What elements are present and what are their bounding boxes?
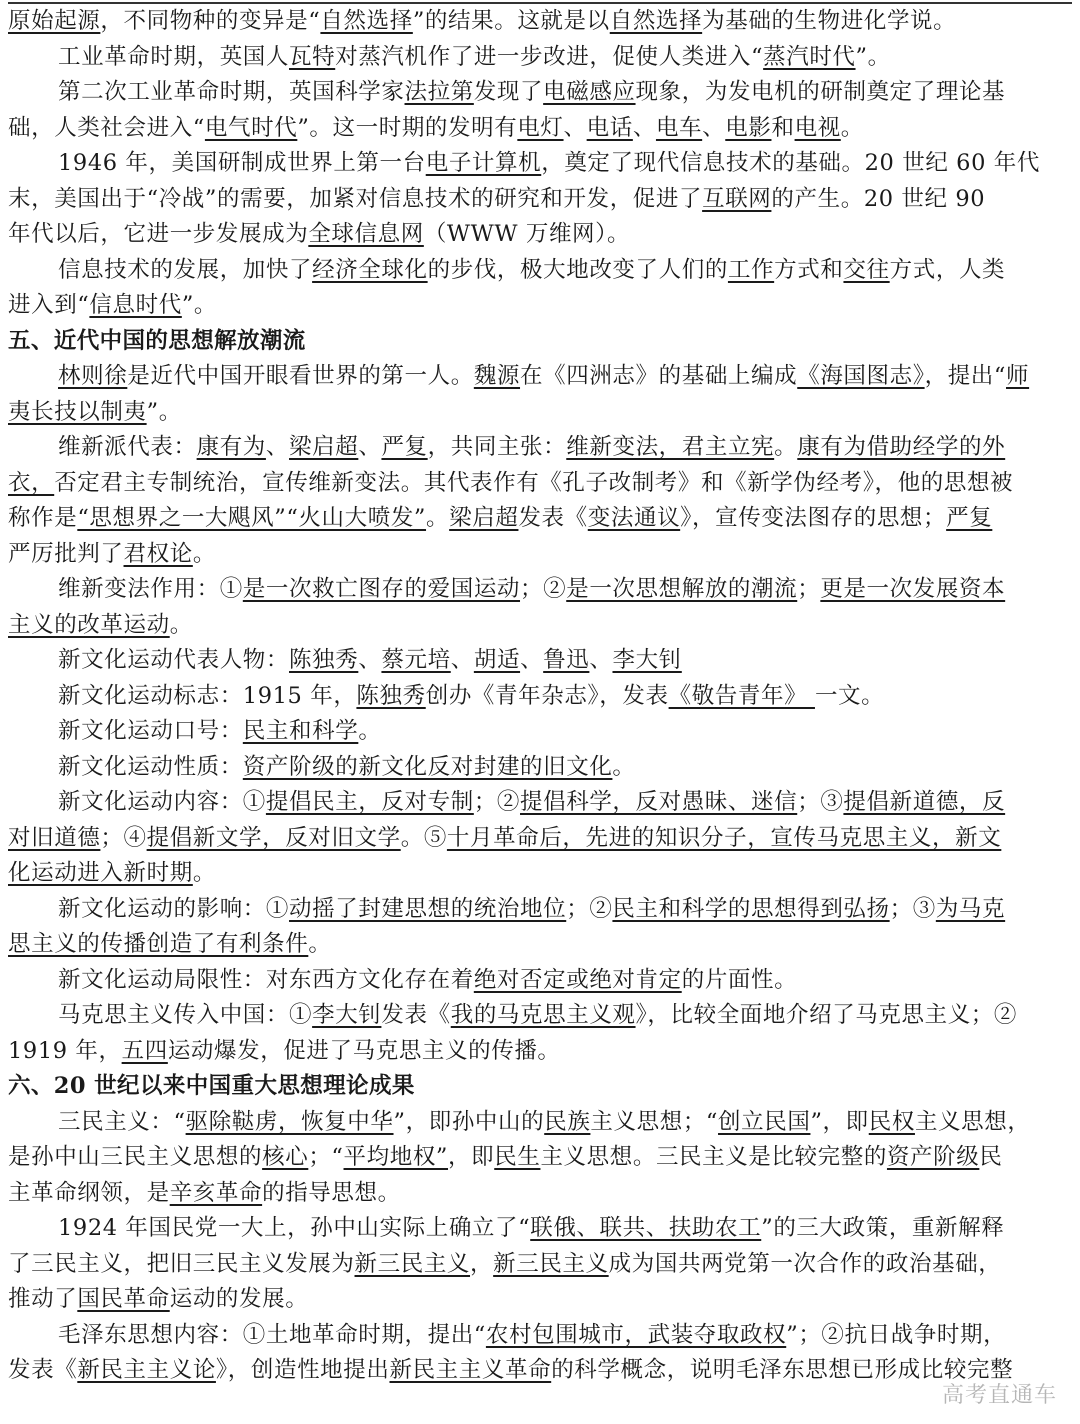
underlined-keyword: 梁启超: [289, 434, 358, 460]
underlined-keyword: 鲁迅: [543, 647, 589, 673]
text-line: 新文化运动的影响：①动摇了封建思想的统治地位；②民主和科学的思想得到弘扬；③为马…: [8, 892, 1060, 928]
underlined-keyword: 提倡民主，反对专制: [266, 789, 474, 815]
text-line: 础，人类社会进入“电气时代”。这一时期的发明有电灯、电话、电车、电影和电视。: [8, 111, 1060, 147]
text-segment: 第二次工业革命时期，英国科学家: [58, 79, 405, 105]
text-segment: ”。: [147, 399, 182, 425]
underlined-keyword: 君权论: [124, 541, 193, 567]
underlined-keyword: 电影: [725, 115, 771, 141]
text-segment: 、: [358, 647, 381, 673]
text-line: 原始起源，不同物种的变异是“自然选择”的结果。这就是以自然选择为基础的生物进化学…: [8, 4, 1060, 40]
text-segment: 。: [193, 860, 216, 886]
text-segment: 成为国共两党第一次合作的政治基础，: [609, 1251, 1002, 1277]
text-segment: （WWW 万维网）。: [424, 221, 630, 247]
text-segment: ，即: [448, 1144, 494, 1170]
text-line: 衣，否定君主专制统治，宣传维新变法。其代表作有《孔子改制考》和《新学伪经考》，他…: [8, 466, 1060, 502]
underlined-keyword: 电话: [587, 115, 633, 141]
text-segment: 运动的发展。: [170, 1286, 309, 1312]
section-heading: 五、近代中国的思想解放潮流: [8, 324, 1060, 360]
text-segment: 。⑤: [401, 825, 447, 851]
underlined-keyword: 新三民主义: [493, 1251, 609, 1277]
text-segment: 1919 年，: [8, 1038, 122, 1064]
underlined-keyword: 工作: [728, 257, 774, 283]
underlined-keyword: 驱除鞑虏，恢复中华: [186, 1109, 394, 1135]
underlined-keyword: 康有为借助经学的外: [797, 434, 1005, 460]
underlined-keyword: 绝对否定或绝对肯定: [474, 967, 682, 993]
text-segment: 发表《: [8, 1357, 77, 1383]
text-segment: 对蒸汽机作了进一步改进，促使人类进入“: [335, 44, 763, 70]
text-segment: 、: [358, 434, 381, 460]
text-segment: 运动爆发，促进了马克思主义的传播。: [168, 1038, 561, 1064]
text-segment: 信息技术的发展，加快了: [58, 257, 312, 283]
underlined-keyword: 新民主主义革命: [389, 1357, 551, 1383]
underlined-keyword: 魏源: [474, 363, 520, 389]
underlined-keyword: 新三民主义: [355, 1251, 471, 1277]
underlined-keyword: 胡适: [474, 647, 520, 673]
underlined-keyword: 林则徐: [58, 363, 127, 389]
text-line: 1919 年，五四运动爆发，促进了马克思主义的传播。: [8, 1034, 1060, 1070]
text-segment: 。: [358, 718, 381, 744]
underlined-keyword: 蒸汽时代: [763, 44, 855, 70]
text-line: 工业革命时期，英国人瓦特对蒸汽机作了进一步改进，促使人类进入“蒸汽时代”。: [8, 40, 1060, 76]
underlined-keyword: 交往: [843, 257, 889, 283]
text-segment: 民: [979, 1144, 1002, 1170]
text-segment: 毛泽东思想内容：①土地革命时期，提出“: [58, 1322, 486, 1348]
text-line: 新文化运动局限性：对东西方文化存在着绝对否定或绝对肯定的片面性。: [8, 963, 1060, 999]
text-segment: 的指导思想。: [262, 1180, 401, 1206]
text-line: 马克思主义传入中国：①李大钊发表《我的马克思主义观》，比较全面地介绍了马克思主义…: [8, 998, 1060, 1034]
text-line: 新文化运动性质：资产阶级的新文化反对封建的旧文化。: [8, 750, 1060, 786]
underlined-keyword: 主义的改革运动: [8, 612, 170, 638]
underlined-keyword: 提倡新文学，反对旧文学: [147, 825, 401, 851]
watermark: 高考直通车: [942, 1378, 1057, 1409]
text-segment: ，共同主张：: [428, 434, 567, 460]
underlined-keyword: 民生: [494, 1144, 540, 1170]
text-line: 新文化运动口号：民主和科学。: [8, 714, 1060, 750]
underlined-keyword: 五四: [122, 1038, 168, 1064]
text-line: 信息技术的发展，加快了经济全球化的步伐，极大地改变了人们的工作方式和交往方式，人…: [8, 253, 1060, 289]
text-segment: 一文。: [815, 683, 884, 709]
text-segment: ，不同物种的变异是“: [100, 8, 320, 34]
text-segment: 1924 年国民党一大上，孙中山实际上确立了“: [58, 1215, 530, 1241]
text-segment: ；②: [566, 896, 612, 922]
underlined-keyword: 李大钊: [612, 647, 681, 673]
text-segment: 五、近代中国的思想解放潮流: [8, 328, 306, 354]
text-segment: ；②: [520, 576, 566, 602]
text-segment: 推动了: [8, 1286, 77, 1312]
text-line: 维新变法作用：①是一次救亡图存的爱国运动；②是一次思想解放的潮流；更是一次发展资…: [8, 572, 1060, 608]
underlined-keyword: 电磁感应: [543, 79, 635, 105]
text-segment: 》，宣传变法图存的思想；: [680, 505, 946, 531]
text-segment: 础，人类社会进入“: [8, 115, 205, 141]
text-segment: 维新变法作用：①: [58, 576, 243, 602]
text-segment: 。: [774, 434, 797, 460]
text-segment: ”的三大政策，重新解释: [761, 1215, 1004, 1241]
text-segment: 发表《: [381, 1002, 450, 1028]
text-line: 主义的改革运动。: [8, 608, 1060, 644]
text-line: 夷长技以制夷”。: [8, 395, 1060, 431]
text-segment: 新文化运动的影响：①: [58, 896, 289, 922]
underlined-keyword: 农村包围城市，武装夺取政权: [486, 1322, 786, 1348]
underlined-keyword: 互联网: [702, 186, 771, 212]
underlined-keyword: 电车: [656, 115, 702, 141]
text-segment: 创办《青年杂志》，发表: [426, 683, 669, 709]
underlined-keyword: 电子计算机: [426, 150, 542, 176]
underlined-keyword: 化运动进入新时期: [8, 860, 193, 886]
text-segment: ；③: [797, 789, 843, 815]
text-segment: ；④: [100, 825, 146, 851]
text-segment: 。: [612, 754, 635, 780]
text-segment: ，: [470, 1251, 493, 1277]
text-segment: 1946 年，美国研制成世界上第一台: [58, 150, 426, 176]
underlined-keyword: 核心: [262, 1144, 308, 1170]
underlined-keyword: 蔡元培: [381, 647, 450, 673]
section-heading: 六、20 世纪以来中国重大思想理论成果: [8, 1069, 1060, 1105]
text-segment: 发现了: [474, 79, 543, 105]
text-segment: 六、20 世纪以来中国重大思想理论成果: [8, 1073, 415, 1099]
underlined-keyword: 是一次思想解放的潮流: [566, 576, 797, 602]
underlined-keyword: 师: [1006, 363, 1029, 389]
text-segment: 、: [564, 115, 587, 141]
text-segment: 、: [633, 115, 656, 141]
text-segment: ；③: [890, 896, 936, 922]
underlined-keyword: 是一次救亡图存的爱国运动: [243, 576, 520, 602]
text-segment: 主义思想，: [915, 1109, 1031, 1135]
underlined-keyword: 民主和科学的思想得到弘扬: [612, 896, 889, 922]
text-line: 新文化运动代表人物：陈独秀、蔡元培、胡适、鲁迅、李大钊: [8, 643, 1060, 679]
text-segment: 在《四洲志》的基础上编成: [520, 363, 797, 389]
text-line: 年代以后，它进一步发展成为全球信息网（WWW 万维网）。: [8, 217, 1060, 253]
underlined-keyword: 思主义的传播创造了有利条件: [8, 931, 308, 957]
text-segment: 新文化运动标志：1915 年，: [58, 683, 356, 709]
underlined-keyword: 更是一次发展资本: [820, 576, 1005, 602]
underlined-keyword: 原始起源: [8, 8, 100, 34]
underlined-keyword: 提倡科学，反对愚昧、迷信: [520, 789, 797, 815]
underlined-keyword: 我的马克思主义观: [451, 1002, 636, 1028]
underlined-keyword: 信息时代: [89, 292, 181, 318]
text-segment: ”；②抗日战争时期，: [786, 1322, 1006, 1348]
underlined-keyword: 梁启超: [449, 505, 518, 531]
text-line: 推动了国民革命运动的发展。: [8, 1282, 1060, 1318]
text-segment: 称作是: [8, 505, 77, 531]
underlined-keyword: 资产阶级的新文化反对封建的旧文化: [243, 754, 613, 780]
underlined-keyword: 自然选择: [610, 8, 702, 34]
underlined-keyword: 创立民国: [718, 1109, 810, 1135]
text-segment: 。: [170, 612, 193, 638]
underlined-keyword: 动摇了封建思想的统治地位: [289, 896, 566, 922]
underlined-keyword: 陈独秀: [289, 647, 358, 673]
underlined-keyword: 维新变法，君主立宪: [566, 434, 774, 460]
text-segment: 是近代中国开眼看世界的第一人。: [127, 363, 474, 389]
text-segment: ”，即孙中山的: [394, 1109, 545, 1135]
text-segment: 。: [308, 931, 331, 957]
text-segment: 主革命纲领，是: [8, 1180, 170, 1206]
text-segment: 。: [193, 541, 216, 567]
text-line: 是孙中山三民主义思想的核心；“平均地权”，即民生主义思想。三民主义是比较完整的资…: [8, 1140, 1060, 1176]
text-segment: 新文化运动内容：①: [58, 789, 266, 815]
underlined-keyword: 夷长技以制夷: [8, 399, 147, 425]
text-segment: 主义思想。三民主义是比较完整的: [540, 1144, 887, 1170]
text-segment: 工业革命时期，英国人: [58, 44, 289, 70]
text-segment: 新文化运动代表人物：: [58, 647, 289, 673]
text-line: 新文化运动标志：1915 年，陈独秀创办《青年杂志》，发表《敬告青年》 一文。: [8, 679, 1060, 715]
text-segment: ；: [797, 576, 820, 602]
text-segment: 是孙中山三民主义思想的: [8, 1144, 262, 1170]
text-segment: 新文化运动口号：: [58, 718, 243, 744]
text-segment: 、: [589, 647, 612, 673]
underlined-keyword: 辛亥革命: [170, 1180, 262, 1206]
underlined-keyword: 民主和科学: [243, 718, 359, 744]
underlined-keyword: 民权: [869, 1109, 915, 1135]
text-segment: 、: [266, 434, 289, 460]
text-line: 毛泽东思想内容：①土地革命时期，提出“农村包围城市，武装夺取政权”；②抗日战争时…: [8, 1318, 1060, 1354]
text-segment: 。: [841, 115, 864, 141]
underlined-keyword: 提倡新道德，反: [843, 789, 1005, 815]
text-segment: 主义思想；“: [590, 1109, 718, 1135]
text-line: 化运动进入新时期。: [8, 856, 1060, 892]
text-segment: ”，即: [810, 1109, 868, 1135]
underlined-keyword: “思想界之一大飓风”“火山大喷发”: [77, 505, 426, 531]
underlined-keyword: 对旧道德: [8, 825, 100, 851]
text-segment: 维新派代表：: [58, 434, 197, 460]
underlined-keyword: 电视: [795, 115, 841, 141]
text-segment: 、: [451, 647, 474, 673]
underlined-keyword: 康有为: [197, 434, 266, 460]
text-line: 末，美国出于“冷战”的需要，加紧对信息技术的研究和开发，促进了互联网的产生。20…: [8, 182, 1060, 218]
text-line: 对旧道德；④提倡新文学，反对旧文学。⑤十月革命后，先进的知识分子，宣传马克思主义…: [8, 821, 1060, 857]
underlined-keyword: 电气时代: [205, 115, 297, 141]
text-segment: 马克思主义传入中国：①: [58, 1002, 312, 1028]
underlined-keyword: 严复: [381, 434, 427, 460]
underlined-keyword: 民族: [544, 1109, 590, 1135]
underlined-keyword: 电灯: [517, 115, 563, 141]
text-segment: 的产生。20 世纪 90: [771, 186, 985, 212]
text-segment: ”。: [182, 292, 217, 318]
text-segment: ”。: [856, 44, 891, 70]
document-page: 原始起源，不同物种的变异是“自然选择”的结果。这就是以自然选择为基础的生物进化学…: [8, 4, 1060, 1389]
text-segment: 新文化运动性质：: [58, 754, 243, 780]
text-line: 称作是“思想界之一大飓风”“火山大喷发”。梁启超发表《变法通议》，宣传变法图存的…: [8, 501, 1060, 537]
underlined-keyword: 《敬告青年》: [669, 683, 815, 709]
text-segment: 了三民主义，把旧三民主义发展为: [8, 1251, 355, 1277]
text-segment: 三民主义：“: [58, 1109, 186, 1135]
text-segment: 的片面性。: [682, 967, 798, 993]
text-line: 严厉批判了君权论。: [8, 537, 1060, 573]
text-line: 三民主义：“驱除鞑虏，恢复中华”，即孙中山的民族主义思想；“创立民国”，即民权主…: [8, 1105, 1060, 1141]
underlined-keyword: 国民革命: [77, 1286, 169, 1312]
underlined-keyword: 联俄、联共、扶助农工: [530, 1215, 761, 1241]
text-segment: 。: [426, 505, 449, 531]
underlined-keyword: 法拉第: [405, 79, 474, 105]
text-line: 进入到“信息时代”。: [8, 288, 1060, 324]
text-line: 新文化运动内容：①提倡民主，反对专制；②提倡科学，反对愚昧、迷信；③提倡新道德，…: [8, 785, 1060, 821]
underlined-keyword: 严复: [946, 505, 992, 531]
text-line: 第二次工业革命时期，英国科学家法拉第发现了电磁感应现象，为发电机的研制奠定了理论…: [8, 75, 1060, 111]
text-segment: ；“: [308, 1144, 343, 1170]
text-segment: 新文化运动局限性：对东西方文化存在着: [58, 967, 474, 993]
text-line: 1946 年，美国研制成世界上第一台电子计算机，奠定了现代信息技术的基础。20 …: [8, 146, 1060, 182]
text-segment: 现象，为发电机的研制奠定了理论基: [636, 79, 1006, 105]
underlined-keyword: 为马克: [936, 896, 1005, 922]
underlined-keyword: 变法通议: [588, 505, 680, 531]
text-line: 思主义的传播创造了有利条件。: [8, 927, 1060, 963]
text-segment: ”。这一时期的发明有: [297, 115, 517, 141]
text-segment: ，提出“: [925, 363, 1006, 389]
text-line: 主革命纲领，是辛亥革命的指导思想。: [8, 1176, 1060, 1212]
underlined-keyword: 李大钊: [312, 1002, 381, 1028]
underlined-keyword: 衣，: [8, 470, 54, 496]
underlined-keyword: 陈独秀: [356, 683, 425, 709]
text-segment: 进入到“: [8, 292, 89, 318]
text-segment: 末，美国出于“冷战”的需要，加紧对信息技术的研究和开发，促进了: [8, 186, 702, 212]
underlined-keyword: 平均地权”: [344, 1144, 449, 1170]
underlined-keyword: 自然选择: [320, 8, 412, 34]
text-segment: 和: [771, 115, 794, 141]
text-segment: ；②: [474, 789, 520, 815]
underlined-keyword: 《海国图志》: [797, 363, 924, 389]
text-segment: 、: [702, 115, 725, 141]
text-line: 了三民主义，把旧三民主义发展为新三民主义，新三民主义成为国共两党第一次合作的政治…: [8, 1247, 1060, 1283]
text-segment: 、: [520, 647, 543, 673]
text-segment: 》，创造性地提出: [216, 1357, 390, 1383]
underlined-keyword: 瓦特: [289, 44, 335, 70]
text-segment: 方式和: [774, 257, 843, 283]
text-segment: 年代以后，它进一步发展成为: [8, 221, 308, 247]
text-line: 发表《新民主主义论》，创造性地提出新民主主义革命的科学概念，说明毛泽东思想已形成…: [8, 1353, 1060, 1389]
underlined-keyword: 新民主主义论: [77, 1357, 216, 1383]
text-line: 林则徐是近代中国开眼看世界的第一人。魏源在《四洲志》的基础上编成《海国图志》，提…: [8, 359, 1060, 395]
text-segment: 方式，人类: [890, 257, 1006, 283]
text-segment: 的步伐，极大地改变了人们的: [428, 257, 728, 283]
underlined-keyword: 资产阶级: [887, 1144, 979, 1170]
text-segment: ，奠定了现代信息技术的基础。20 世纪 60 年代: [541, 150, 1040, 176]
text-segment: 》，比较全面地介绍了马克思主义；②: [636, 1002, 1017, 1028]
underlined-keyword: 经济全球化: [312, 257, 428, 283]
text-line: 1924 年国民党一大上，孙中山实际上确立了“联俄、联共、扶助农工”的三大政策，…: [8, 1211, 1060, 1247]
text-line: 维新派代表：康有为、梁启超、严复，共同主张：维新变法，君主立宪。康有为借助经学的…: [8, 430, 1060, 466]
text-segment: 为基础的生物进化学说。: [702, 8, 956, 34]
text-segment: 严厉批判了: [8, 541, 124, 567]
text-segment: ”的结果。这就是以: [413, 8, 610, 34]
underlined-keyword: 十月革命后，先进的知识分子，宣传马克思主义，新文: [447, 825, 1001, 851]
underlined-keyword: 全球信息网: [308, 221, 424, 247]
text-segment: 发表《: [518, 505, 587, 531]
text-segment: 否定君主专制统治，宣传维新变法。其代表作有《孔子改制考》和《新学伪经考》，他的思…: [54, 470, 1013, 496]
